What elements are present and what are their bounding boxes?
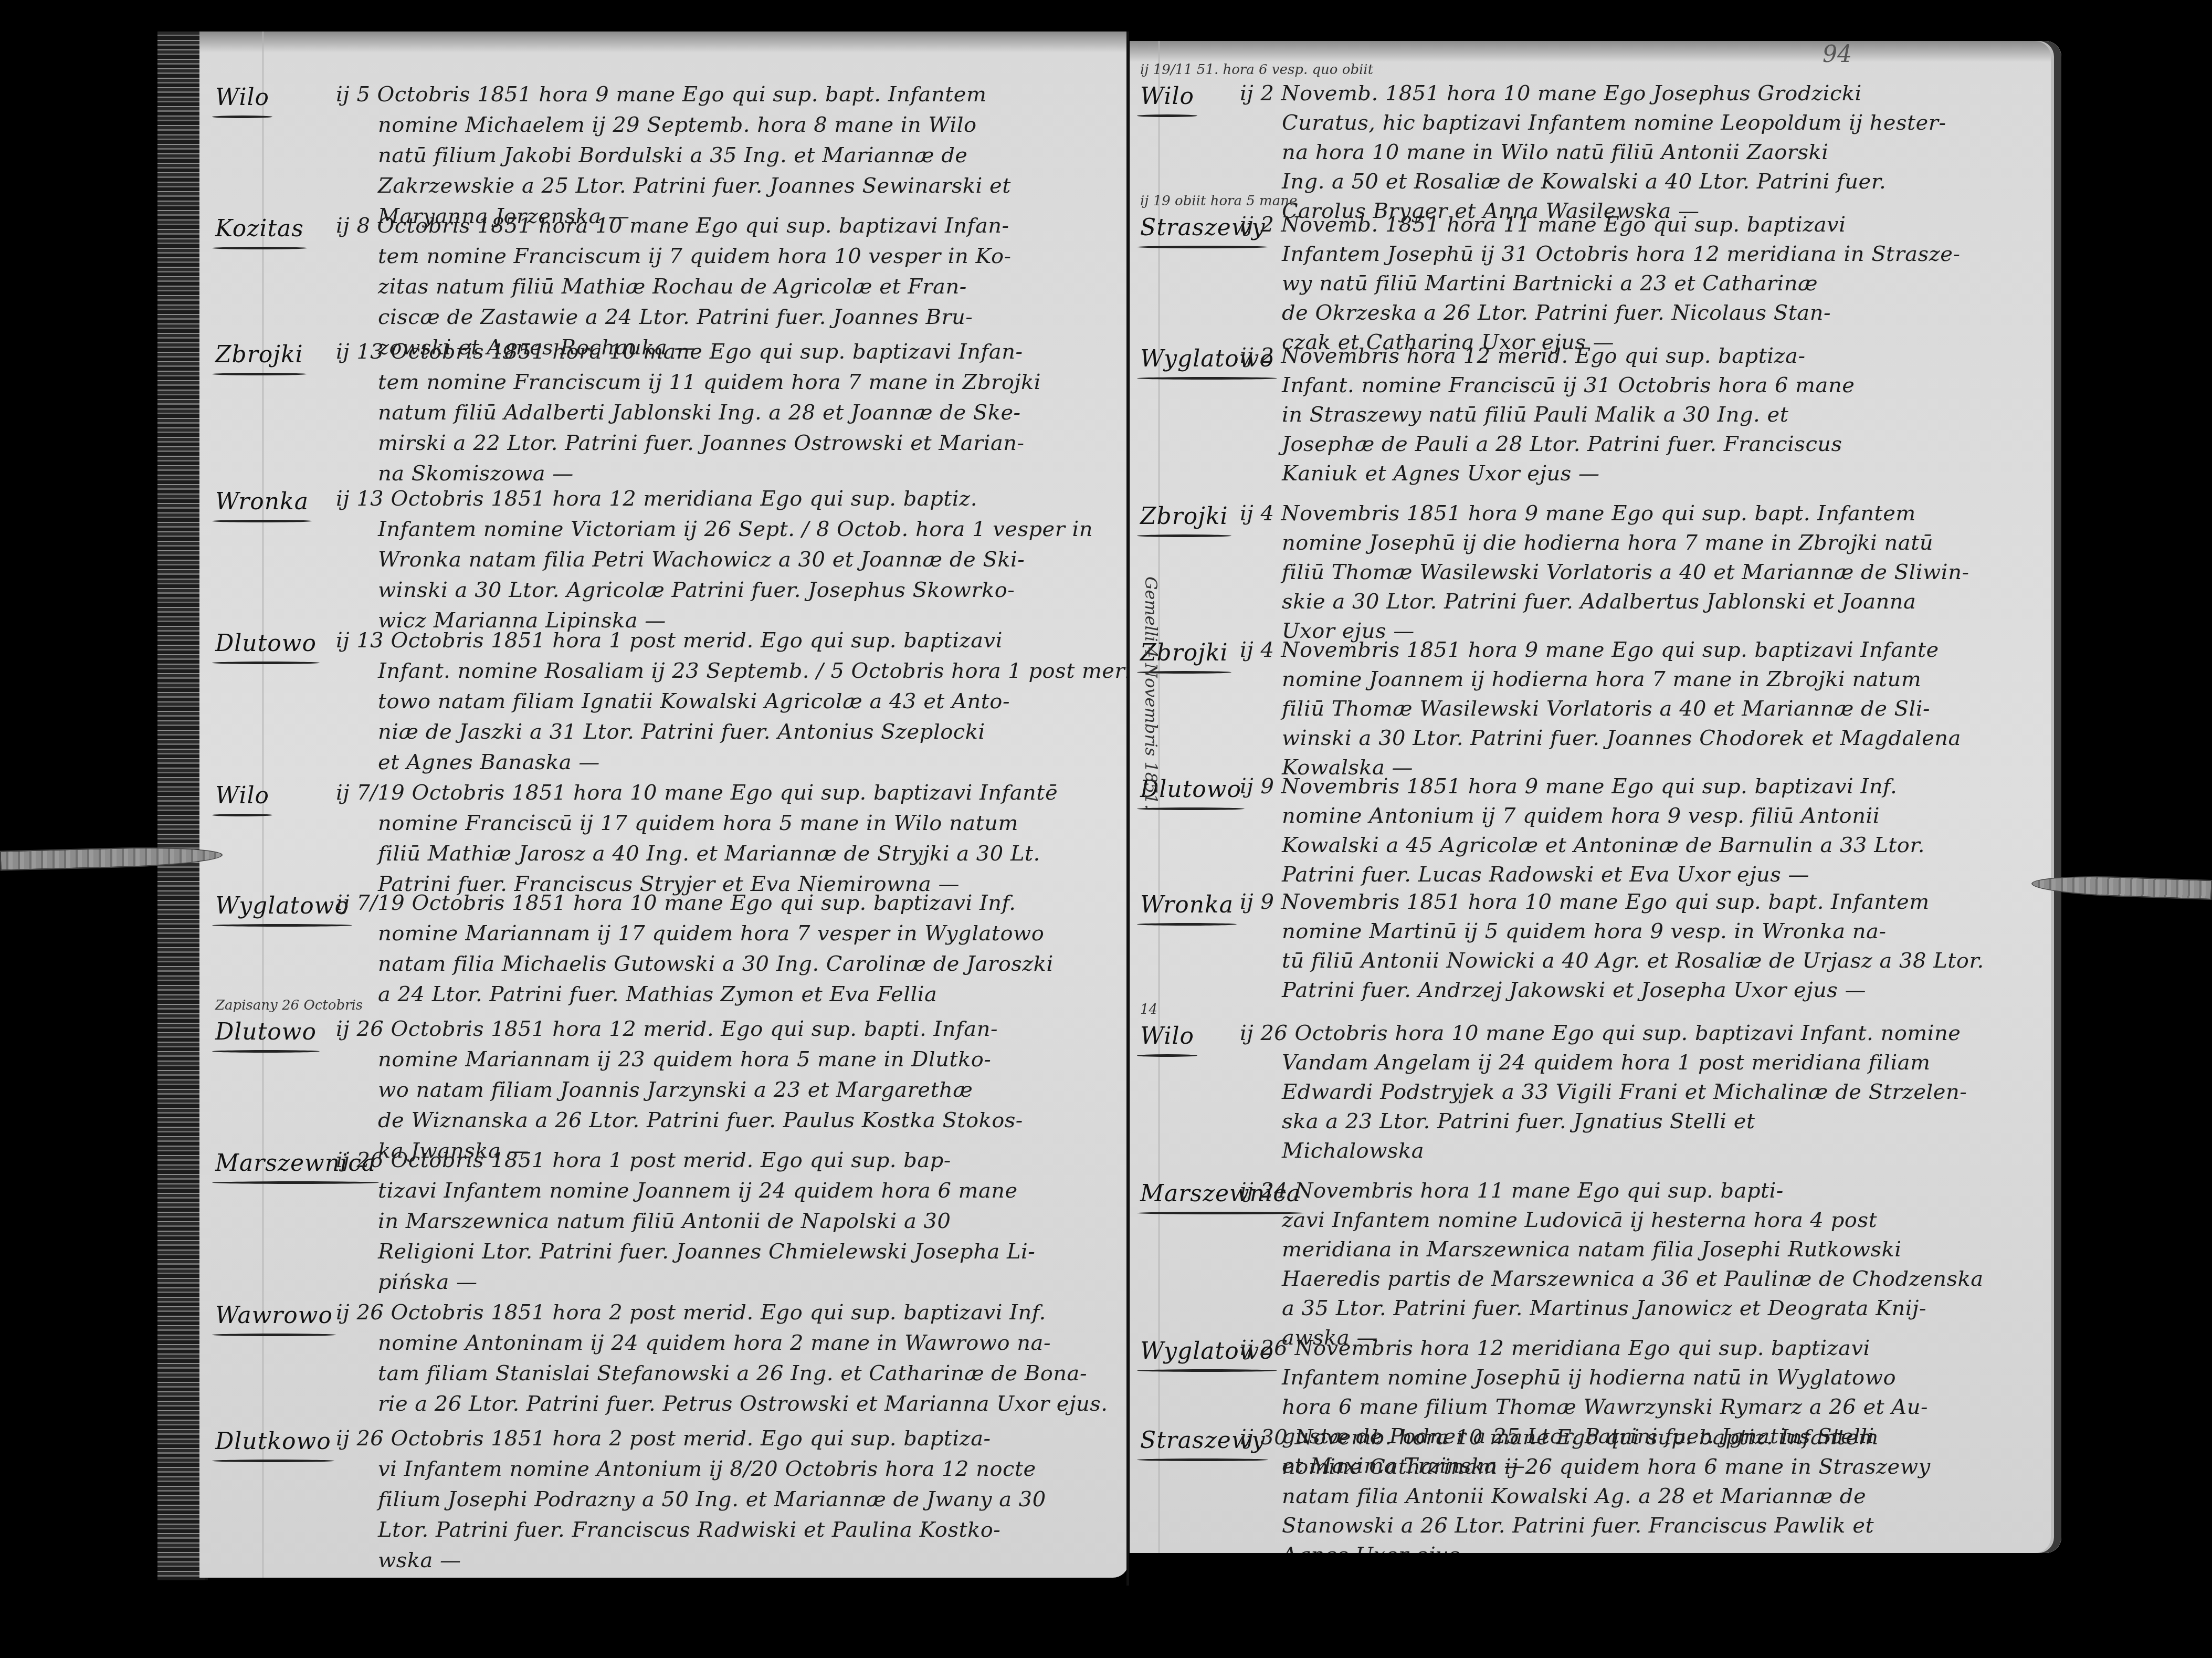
entry-text-line: filiū Thomæ Wasilewski Vorlatoris a 40 e… — [1282, 698, 1930, 719]
entry-text-line: natum filiū Adalberti Jablonski Ing. a 2… — [378, 402, 1021, 423]
entry-text-line: nomine Catharinam ij 26 quidem hora 6 ma… — [1282, 1456, 1931, 1477]
entry-text-line: Infantem nomine Josephū ij hodierna natū… — [1282, 1367, 1896, 1388]
entry-text-line: Infant. nomine Franciscū ij 31 Octobris … — [1282, 375, 1855, 396]
entry-text-line: natū filium Jakobi Bordulski a 35 Ing. e… — [378, 145, 968, 166]
entry-text-line: nomine Franciscū ij 17 quidem hora 5 man… — [378, 813, 1018, 834]
entry-text-line: Infantem Josephū ij 31 Octobris hora 12 … — [1282, 244, 1960, 265]
entry-place-name: Kozitas — [215, 215, 304, 242]
entry-text-line: a 35 Ltor. Patrini fuer. Martinus Janowi… — [1282, 1298, 1926, 1319]
entry-text-line: et Agnes Banaska — — [378, 752, 600, 773]
entry-text-line: rie a 26 Ltor. Patrini fuer. Petrus Ostr… — [378, 1393, 1108, 1414]
entry-text-line: nomine Michaelem ij 29 Septemb. hora 8 m… — [378, 114, 977, 135]
open-register-book: Wiloij 5 Octobris 1851 hora 9 mane Ego q… — [0, 0, 2212, 1658]
entry-text-line: zitas natum filiū Mathiæ Rochau de Agric… — [378, 276, 967, 297]
entry-text-line: nomine Josephū ij die hodierna hora 7 ma… — [1282, 532, 1933, 553]
entry-text-line: ij 26 Octobris 1851 hora 12 merid. Ego q… — [336, 1019, 998, 1040]
entry-text-line: ij 9 Novembris 1851 hora 9 mane Ego qui … — [1240, 776, 1897, 797]
entry-text-line: Edwardi Podstryjek a 33 Vigili Frani et … — [1282, 1082, 1967, 1103]
entry-text-line: filium Josephi Podrazny a 50 Ing. et Mar… — [378, 1489, 1046, 1510]
entry-place-name: Wyglatowo — [215, 893, 349, 919]
entry-text-line: Religioni Ltor. Patrini fuer. Joannes Ch… — [378, 1241, 1035, 1262]
entry-text-line: ij 2 Novemb. 1851 hora 10 mane Ego Josep… — [1240, 83, 1862, 104]
entry-text-line: mirski a 22 Ltor. Patrini fuer. Joannes … — [378, 433, 1025, 454]
entry-text-line: ciscæ de Zastawie a 24 Ltor. Patrini fue… — [378, 307, 973, 328]
entry-text-line: ska a 23 Ltor. Patrini fuer. Jgnatius St… — [1282, 1111, 1755, 1132]
entry-place-name: Wawrowo — [215, 1302, 333, 1329]
entry-text-line: tam filiam Stanislai Stefanowski a 26 In… — [378, 1363, 1087, 1384]
entry-text-line: filiū Thomæ Wasilewski Vorlatoris a 40 e… — [1282, 562, 1969, 583]
entry-text-line: ij 30 Novemb. hora 10 mane Ego qui sup. … — [1240, 1427, 1879, 1448]
entry-place-name: Wilo — [1140, 83, 1194, 110]
entry-text-line: tem nomine Franciscum ij 7 quidem hora 1… — [378, 246, 1012, 267]
entry-text-line: ij 13 Octobris 1851 hora 12 meridiana Eg… — [336, 488, 977, 509]
entry-text-line: hora 6 mane filium Thomæ Wawrzynski Ryma… — [1282, 1397, 1928, 1418]
left-page: Wiloij 5 Octobris 1851 hora 9 mane Ego q… — [199, 32, 1129, 1578]
entry-place-name: Wilo — [215, 84, 269, 111]
entry-text-line: ij 5 Octobris 1851 hora 9 mane Ego qui s… — [336, 84, 986, 105]
entry-text-line: ij 9 Novembris 1851 hora 10 mane Ego qui… — [1240, 891, 1930, 912]
entry-text-line: wo natam filiam Joannis Jarzynski a 23 e… — [378, 1079, 973, 1100]
entry-place-name: Zbrojki — [1140, 503, 1228, 530]
entry-text-line: Infant. nomine Rosaliam ij 23 Septemb. /… — [378, 660, 1129, 681]
entry-place-name: Dlutowo — [215, 630, 317, 657]
entry-text-line: ij 26 Octobris hora 10 mane Ego qui sup.… — [1240, 1023, 1961, 1044]
entry-place-name: Dlutowo — [215, 1019, 317, 1045]
entry-text-line: Patrini fuer. Lucas Radowski et Eva Uxor… — [1282, 864, 1809, 885]
entry-place-name: Wilo — [215, 782, 269, 809]
entry-text-line: Infantem nomine Victoriam ij 26 Sept. / … — [378, 519, 1093, 540]
book-gutter — [1126, 32, 1129, 1586]
entry-text-line: niæ de Jaszki a 31 Ltor. Patrini fuer. A… — [378, 721, 985, 742]
entry-text-line: ij 4 Novembris 1851 hora 9 mane Ego qui … — [1240, 503, 1916, 524]
page-number: 94 — [1823, 41, 1852, 68]
entry-text-line: natam filia Antonii Kowalski Ag. a 28 et… — [1282, 1486, 1866, 1507]
entry-text-line: Kowalski a 45 Agricolæ et Antoninæ de Ba… — [1282, 835, 1925, 856]
entry-text-line: Curatus, hic baptizavi Infantem nomine L… — [1282, 112, 1946, 133]
entry-text-line: ij 8 Octobris 1851 hora 10 mane Ego qui … — [336, 215, 1009, 236]
entry-text-line: na Skomiszowa — — [378, 463, 574, 484]
entry-text-line: ij 26 Novembris hora 12 meridiana Ego qu… — [1240, 1338, 1870, 1359]
entry-margin-note: Zapisany 26 Octobris — [215, 998, 363, 1013]
entry-text-line: winski a 30 Ltor. Patrini fuer. Joannes … — [1282, 728, 1961, 749]
entry-margin-note: ij 19/11 51. hora 6 vesp. quo obiit — [1140, 62, 1373, 78]
entry-text-line: ij 24 Novembris hora 11 mane Ego qui sup… — [1240, 1180, 1784, 1201]
right-page: 94 Wiloij 19/11 51. hora 6 vesp. quo obi… — [1130, 41, 2061, 1553]
entry-text-line: natam filia Michaelis Gutowski a 30 Ing.… — [378, 953, 1054, 974]
entry-text-line: Agnes Uxor ejus — — [1282, 1545, 1488, 1553]
entry-text-line: Zakrzewskie a 25 Ltor. Patrini fuer. Joa… — [378, 175, 1011, 196]
entry-text-line: vi Infantem nomine Antonium ij 8/20 Octo… — [378, 1458, 1036, 1479]
entry-text-line: ij 26 Octobris 1851 hora 1 post merid. E… — [336, 1150, 951, 1171]
entry-text-line: pińska — — [378, 1272, 478, 1293]
entry-text-line: Vandam Angelam ij 24 quidem hora 1 post … — [1282, 1052, 1930, 1073]
entry-text-line: wska — — [378, 1550, 461, 1571]
entry-text-line: wy natū filiū Martini Bartnicki a 23 et … — [1282, 273, 1818, 294]
entry-text-line: filiū Mathiæ Jarosz a 40 Ing. et Mariann… — [378, 843, 1040, 864]
entry-text-line: nomine Martinū ij 5 quidem hora 9 vesp. … — [1282, 921, 1886, 942]
entry-text-line: ij 26 Octobris 1851 hora 2 post merid. E… — [336, 1428, 991, 1449]
entry-place-name: Zbrojki — [215, 341, 303, 368]
entry-place-name: Dlutkowo — [215, 1428, 331, 1455]
entry-text-line: ij 2 Novembris hora 12 merid. Ego qui su… — [1240, 345, 1805, 366]
entry-text-line: ij 2 Novemb. 1851 hora 11 mane Ego qui s… — [1240, 214, 1846, 235]
entry-text-line: nomine Antoninam ij 24 quidem hora 2 man… — [378, 1332, 1051, 1353]
entry-text-line: winski a 30 Ltor. Agricolæ Patrini fuer.… — [378, 580, 1015, 601]
entry-text-line: in Marszewnica natum filiū Antonii de Na… — [378, 1211, 951, 1232]
entry-text-line: ij 4 Novembris 1851 hora 9 mane Ego qui … — [1240, 639, 1939, 660]
entry-text-line: meridiana in Marszewnica natam filia Jos… — [1282, 1239, 1902, 1260]
entry-text-line: nomine Antonium ij 7 quidem hora 9 vesp.… — [1282, 805, 1880, 826]
entry-text-line: Kaniuk et Agnes Uxor ejus — — [1282, 463, 1599, 484]
entry-text-line: Ltor. Patrini fuer. Franciscus Radwiski … — [378, 1519, 1000, 1540]
entry-text-line: skie a 30 Ltor. Patrini fuer. Adalbertus… — [1282, 591, 1916, 612]
entry-text-line: Josephæ de Pauli a 28 Ltor. Patrini fuer… — [1282, 434, 1842, 455]
entry-margin-note: 14 — [1140, 1002, 1157, 1017]
entry-text-line: nomine Joannem ij hodierna hora 7 mane i… — [1282, 669, 1921, 690]
entry-place-name: Wilo — [1140, 1023, 1194, 1050]
entry-text-line: Wronka natam filia Petri Wachowicz a 30 … — [378, 549, 1025, 570]
entry-text-line: na hora 10 mane in Wilo natū filiū Anton… — [1282, 142, 1829, 163]
entry-text-line: Stanowski a 26 Ltor. Patrini fuer. Franc… — [1282, 1515, 1874, 1536]
entry-text-line: Michalowska — [1282, 1140, 1424, 1161]
entry-text-line: ij 13 Octobris 1851 hora 1 post merid. E… — [336, 630, 1003, 651]
entry-text-line: de Okrzeska a 26 Ltor. Patrini fuer. Nic… — [1282, 302, 1831, 323]
entry-text-line: nomine Mariannam ij 23 quidem hora 5 man… — [378, 1049, 991, 1070]
entry-text-line: Haeredis partis de Marszewnica a 36 et P… — [1282, 1268, 1984, 1289]
entry-text-line: nomine Mariannam ij 17 quidem hora 7 ves… — [378, 923, 1044, 944]
entry-text-line: zavi Infantem nomine Ludovicā ij hestern… — [1282, 1210, 1877, 1231]
entry-text-line: ij 26 Octobris 1851 hora 2 post merid. E… — [336, 1302, 1046, 1323]
entry-text-line: Patrini fuer. Andrzej Jakowski et Joseph… — [1282, 980, 1866, 1001]
vertical-margin-note: Gemelli 4 Novembris 1851. — [1141, 576, 1161, 810]
entry-text-line: tū filiū Antonii Nowicki a 40 Agr. et Ro… — [1282, 950, 1984, 971]
entry-text-line: tizavi Infantem nomine Joannem ij 24 qui… — [378, 1180, 1018, 1201]
entry-text-line: a 24 Ltor. Patrini fuer. Mathias Zymon e… — [378, 984, 937, 1005]
entry-place-name: Wronka — [215, 488, 309, 515]
entry-text-line: wicz Marianna Lipinska — — [378, 610, 666, 631]
entry-text-line: ij 7/19 Octobris 1851 hora 10 mane Ego q… — [336, 782, 1058, 803]
entry-text-line: ij 7/19 Octobris 1851 hora 10 mane Ego q… — [336, 893, 1016, 914]
entry-text-line: in Straszewy natū filiū Pauli Malik a 30… — [1282, 404, 1788, 425]
entry-margin-note: ij 19 obiit hora 5 mane — [1140, 193, 1297, 209]
entry-text-line: de Wiznanska a 26 Ltor. Patrini fuer. Pa… — [378, 1110, 1023, 1131]
entry-place-name: Wronka — [1140, 891, 1234, 918]
entry-text-line: Ing. a 50 et Rosaliæ de Kowalski a 40 Lt… — [1282, 171, 1886, 192]
entry-text-line: tem nomine Franciscum ij 11 quidem hora … — [378, 372, 1041, 393]
entry-text-line: towo natam filiam Ignatii Kowalski Agric… — [378, 691, 1010, 712]
entry-text-line: ij 13 Octobris 1851 hora 10 mane Ego qui… — [336, 341, 1023, 362]
